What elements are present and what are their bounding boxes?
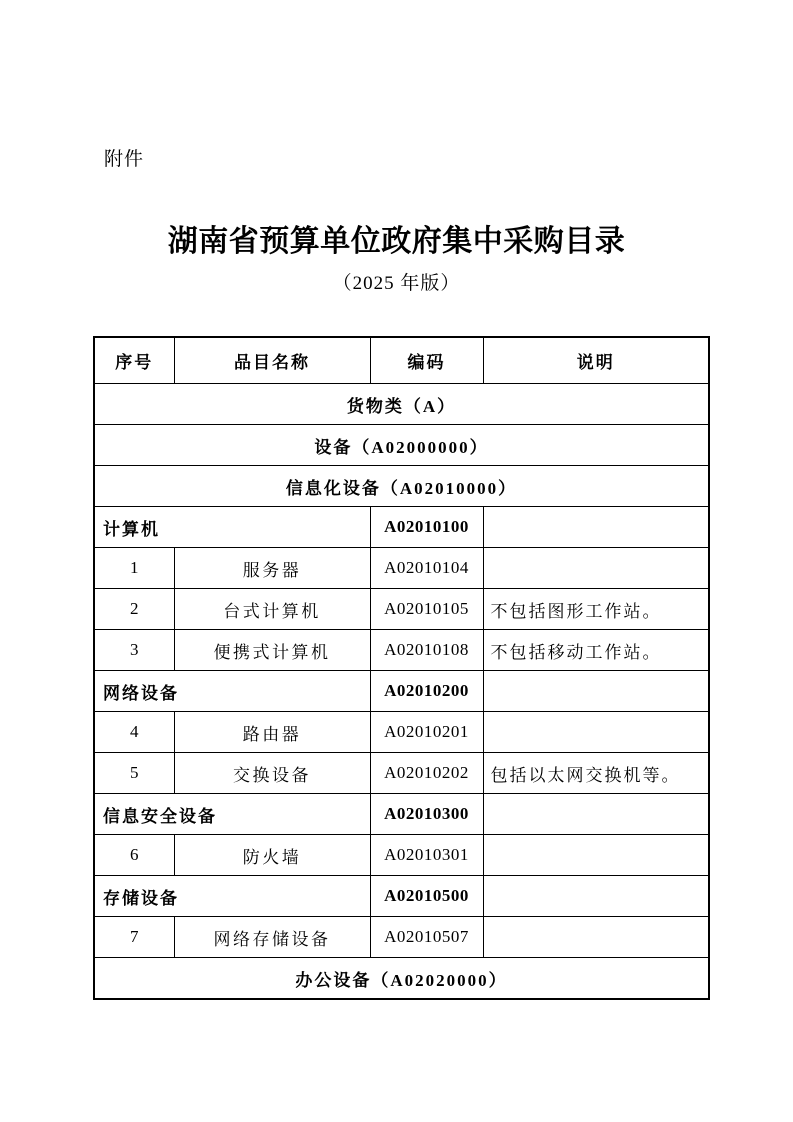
note-cell	[483, 507, 709, 548]
serial-number-cell: 3	[94, 630, 174, 671]
item-name-cell: 防火墙	[174, 835, 370, 876]
table-row: 3便携式计算机A02010108不包括移动工作站。	[94, 630, 709, 671]
table-row: 7网络存储设备A02010507	[94, 917, 709, 958]
category-row-cell: 办公设备（A02020000）	[94, 958, 709, 1000]
note-cell	[483, 794, 709, 835]
attachment-label: 附件	[104, 144, 144, 171]
item-name-cell: 交换设备	[174, 753, 370, 794]
group-name-cell: 网络设备	[94, 671, 370, 712]
header-cell-code: 编码	[370, 337, 483, 384]
table-row: 2台式计算机A02010105不包括图形工作站。	[94, 589, 709, 630]
item-name-cell: 便携式计算机	[174, 630, 370, 671]
item-code-cell: A02010105	[370, 589, 483, 630]
group-code-cell: A02010500	[370, 876, 483, 917]
note-cell	[483, 835, 709, 876]
table-row: 货物类（A）	[94, 384, 709, 425]
table-row: 网络设备A02010200	[94, 671, 709, 712]
page-subtitle: （2025 年版）	[0, 268, 793, 295]
table-row: 1服务器A02010104	[94, 548, 709, 589]
table-row: 4路由器A02010201	[94, 712, 709, 753]
note-cell: 不包括图形工作站。	[483, 589, 709, 630]
item-name-cell: 服务器	[174, 548, 370, 589]
table-row: 信息化设备（A02010000）	[94, 466, 709, 507]
note-cell	[483, 548, 709, 589]
header-cell-description: 说明	[483, 337, 709, 384]
page-title: 湖南省预算单位政府集中采购目录	[0, 216, 793, 260]
item-code-cell: A02010507	[370, 917, 483, 958]
table-row: 办公设备（A02020000）	[94, 958, 709, 1000]
note-cell	[483, 712, 709, 753]
table-row: 6防火墙A02010301	[94, 835, 709, 876]
item-name-cell: 网络存储设备	[174, 917, 370, 958]
item-name-cell: 台式计算机	[174, 589, 370, 630]
serial-number-cell: 4	[94, 712, 174, 753]
note-cell	[483, 917, 709, 958]
category-row-cell: 设备（A02000000）	[94, 425, 709, 466]
table-row: 计算机A02010100	[94, 507, 709, 548]
group-name-cell: 存储设备	[94, 876, 370, 917]
table-header-row: 序号 品目名称 编码 说明	[94, 337, 709, 384]
group-code-cell: A02010300	[370, 794, 483, 835]
note-cell	[483, 671, 709, 712]
serial-number-cell: 2	[94, 589, 174, 630]
item-code-cell: A02010108	[370, 630, 483, 671]
note-cell: 不包括移动工作站。	[483, 630, 709, 671]
group-name-cell: 信息安全设备	[94, 794, 370, 835]
item-code-cell: A02010202	[370, 753, 483, 794]
group-code-cell: A02010200	[370, 671, 483, 712]
serial-number-cell: 7	[94, 917, 174, 958]
item-code-cell: A02010104	[370, 548, 483, 589]
header-cell-item-name: 品目名称	[174, 337, 370, 384]
table-row: 存储设备A02010500	[94, 876, 709, 917]
table-row: 设备（A02000000）	[94, 425, 709, 466]
item-name-cell: 路由器	[174, 712, 370, 753]
header-cell-no: 序号	[94, 337, 174, 384]
serial-number-cell: 6	[94, 835, 174, 876]
item-code-cell: A02010301	[370, 835, 483, 876]
category-row-cell: 信息化设备（A02010000）	[94, 466, 709, 507]
group-code-cell: A02010100	[370, 507, 483, 548]
table-row: 5交换设备A02010202包括以太网交换机等。	[94, 753, 709, 794]
note-cell: 包括以太网交换机等。	[483, 753, 709, 794]
group-name-cell: 计算机	[94, 507, 370, 548]
table-row: 信息安全设备A02010300	[94, 794, 709, 835]
category-row-cell: 货物类（A）	[94, 384, 709, 425]
serial-number-cell: 5	[94, 753, 174, 794]
item-code-cell: A02010201	[370, 712, 483, 753]
serial-number-cell: 1	[94, 548, 174, 589]
procurement-catalog-table: 序号 品目名称 编码 说明 货物类（A）设备（A02000000）信息化设备（A…	[93, 336, 710, 1000]
note-cell	[483, 876, 709, 917]
